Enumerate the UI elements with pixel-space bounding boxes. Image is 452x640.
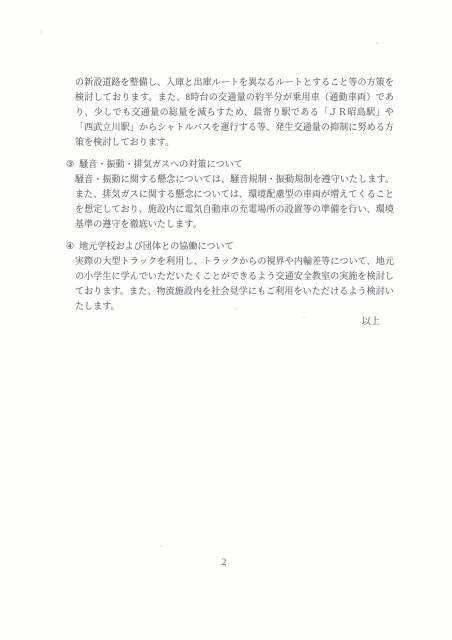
section-4-heading: 地元学校および団体との協働について bbox=[79, 241, 234, 251]
section-4: ④地元学校および団体との協働について 実際の大型トラックを利用し、トラックからの… bbox=[75, 239, 394, 314]
section-3-number: ③ bbox=[66, 157, 74, 172]
continuation-paragraph: の新設道路を整備し、入庫と出庫ルートを異なるルートとすること等の方策を検討してお… bbox=[75, 75, 394, 150]
scanned-document-page: の新設道路を整備し、入庫と出庫ルートを異なるルートとすること等の方策を検討してお… bbox=[0, 0, 452, 640]
page-number: 2 bbox=[0, 558, 448, 568]
section-4-body: 実際の大型トラックを利用し、トラックからの視界や内輪差等について、地元の小学生に… bbox=[75, 254, 394, 314]
section-3-body: 騒音・振動に関する懸念については、騒音規制・振動規制を遵守いたします。また、排気… bbox=[75, 172, 394, 232]
section-3-heading-row: ③騒音・振動・排気ガスへの対策について bbox=[66, 157, 394, 172]
scan-speck bbox=[236, 308, 237, 310]
scan-speck bbox=[160, 545, 162, 547]
document-text-column: の新設道路を整備し、入庫と出庫ルートを異なるルートとすること等の方策を検討してお… bbox=[75, 75, 394, 329]
scan-speck bbox=[40, 31, 42, 33]
section-3-heading: 騒音・振動・排気ガスへの対策について bbox=[79, 159, 243, 169]
section-3: ③騒音・振動・排気ガスへの対策について 騒音・振動に関する懸念については、騒音規… bbox=[75, 157, 394, 232]
scan-speck bbox=[303, 317, 305, 318]
section-4-number: ④ bbox=[66, 239, 74, 254]
section-4-heading-row: ④地元学校および団体との協働について bbox=[66, 239, 394, 254]
scan-speck bbox=[376, 42, 378, 44]
closing-mark: 以上 bbox=[75, 314, 394, 329]
